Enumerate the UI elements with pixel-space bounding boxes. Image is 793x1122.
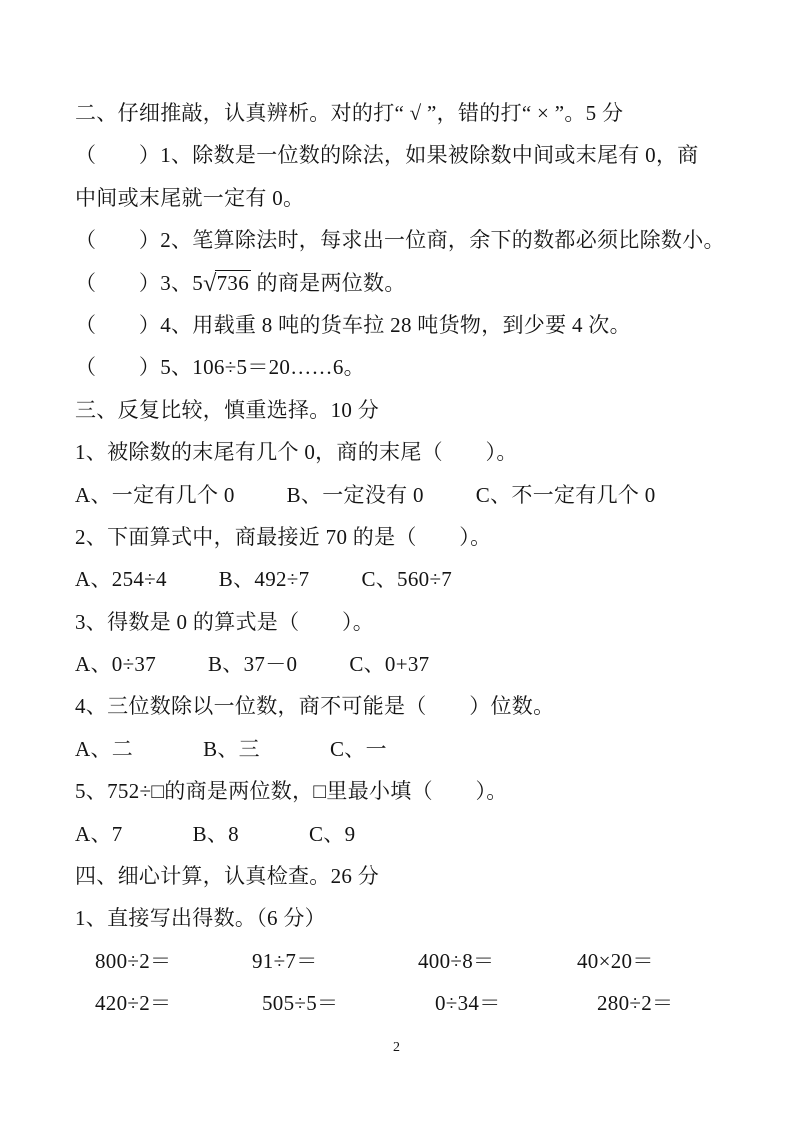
choice-q3-options: A、0÷37B、37－0C、0+37 xyxy=(75,643,773,685)
choice-q1-option-b: B、一定没有 0 xyxy=(287,483,424,507)
judge-item-1-line-1: （ ）1、除数是一位数的除法，如果被除数中间或末尾有 0，商 xyxy=(75,134,773,176)
judge-item-3-prefix: （ ）3、5 xyxy=(75,271,203,295)
choice-q4-option-b: B、三 xyxy=(203,737,260,761)
choice-q2-option-c: C、560÷7 xyxy=(361,567,452,591)
choice-q2-stem: 2、下面算式中，商最接近 70 的是（ ）。 xyxy=(75,516,773,558)
choice-q4-options: A、二B、三C、一 xyxy=(75,728,773,770)
choice-q5-stem: 5、752÷□的商是两位数，□里最小填（ ）。 xyxy=(75,770,773,812)
choice-q4-option-a: A、二 xyxy=(75,737,133,761)
choice-q1-stem: 1、被除数的末尾有几个 0，商的末尾（ ）。 xyxy=(75,431,773,473)
judge-item-5: （ ）5、106÷5＝20……6。 xyxy=(75,346,773,388)
choice-q2-options: A、254÷4B、492÷7C、560÷7 xyxy=(75,558,773,600)
choice-q3-option-b: B、37－0 xyxy=(208,652,297,676)
choice-q5-options: A、7B、8C、9 xyxy=(75,813,773,855)
choice-q5-option-b: B、8 xyxy=(193,822,239,846)
section-judge-title: 二、仔细推敲，认真辨析。对的打“ √ ”，错的打“ × ”。5 分 xyxy=(75,92,773,134)
equation: 40×20＝ xyxy=(577,940,654,982)
equation: 420÷2＝ xyxy=(95,982,171,1024)
section-choice: 三、反复比较，慎重选择。10 分 1、被除数的末尾有几个 0，商的末尾（ ）。 … xyxy=(75,389,773,855)
equation: 505÷5＝ xyxy=(262,982,338,1024)
judge-item-3-suffix: 的商是两位数。 xyxy=(251,271,406,295)
choice-q1-options: A、一定有几个 0B、一定没有 0C、不一定有几个 0 xyxy=(75,474,773,516)
judge-item-4: （ ）4、用载重 8 吨的货车拉 28 吨货物，到少要 4 次。 xyxy=(75,304,773,346)
equation: 91÷7＝ xyxy=(252,940,318,982)
section-calc-title: 四、细心计算，认真检查。26 分 xyxy=(75,855,773,897)
equation: 400÷8＝ xyxy=(418,940,494,982)
judge-item-1-line-2: 中间或末尾就一定有 0。 xyxy=(75,177,773,219)
choice-q5-option-c: C、9 xyxy=(309,822,355,846)
calc-equation-row-1: 800÷2＝ 91÷7＝ 400÷8＝ 40×20＝ xyxy=(75,940,773,982)
page-number: 2 xyxy=(75,1039,718,1057)
judge-item-2: （ ）2、笔算除法时，每求出一位商，余下的数都必须比除数小。 xyxy=(75,219,773,261)
choice-q3-stem: 3、得数是 0 的算式是（ ）。 xyxy=(75,601,773,643)
calc-equation-row-2: 420÷2＝ 505÷5＝ 0÷34＝ 280÷2＝ xyxy=(75,982,773,1024)
long-division-bracket-icon: √ xyxy=(203,263,216,305)
calc-sub1-title: 1、直接写出得数。（6 分） xyxy=(75,897,773,939)
equation: 280÷2＝ xyxy=(597,982,673,1024)
choice-q5-option-a: A、7 xyxy=(75,822,123,846)
choice-q3-option-a: A、0÷37 xyxy=(75,652,156,676)
choice-q2-option-a: A、254÷4 xyxy=(75,567,167,591)
worksheet-page: 二、仔细推敲，认真辨析。对的打“ √ ”，错的打“ × ”。5 分 （ ）1、除… xyxy=(0,0,793,1122)
choice-q1-option-c: C、不一定有几个 0 xyxy=(476,483,656,507)
choice-q3-option-c: C、0+37 xyxy=(349,652,429,676)
choice-q1-option-a: A、一定有几个 0 xyxy=(75,483,235,507)
choice-q2-option-b: B、492÷7 xyxy=(219,567,310,591)
equation: 800÷2＝ xyxy=(95,940,171,982)
choice-q4-option-c: C、一 xyxy=(330,737,387,761)
choice-q4-stem: 4、三位数除以一位数，商不可能是（ ）位数。 xyxy=(75,685,773,727)
section-calc: 四、细心计算，认真检查。26 分 1、直接写出得数。（6 分） 800÷2＝ 9… xyxy=(75,855,773,1025)
section-choice-title: 三、反复比较，慎重选择。10 分 xyxy=(75,389,773,431)
judge-item-3: （ ）3、5√736 的商是两位数。 xyxy=(75,262,773,304)
section-judge: 二、仔细推敲，认真辨析。对的打“ √ ”，错的打“ × ”。5 分 （ ）1、除… xyxy=(75,92,773,389)
equation: 0÷34＝ xyxy=(435,982,501,1024)
judge-item-3-dividend: 736 xyxy=(215,270,251,295)
